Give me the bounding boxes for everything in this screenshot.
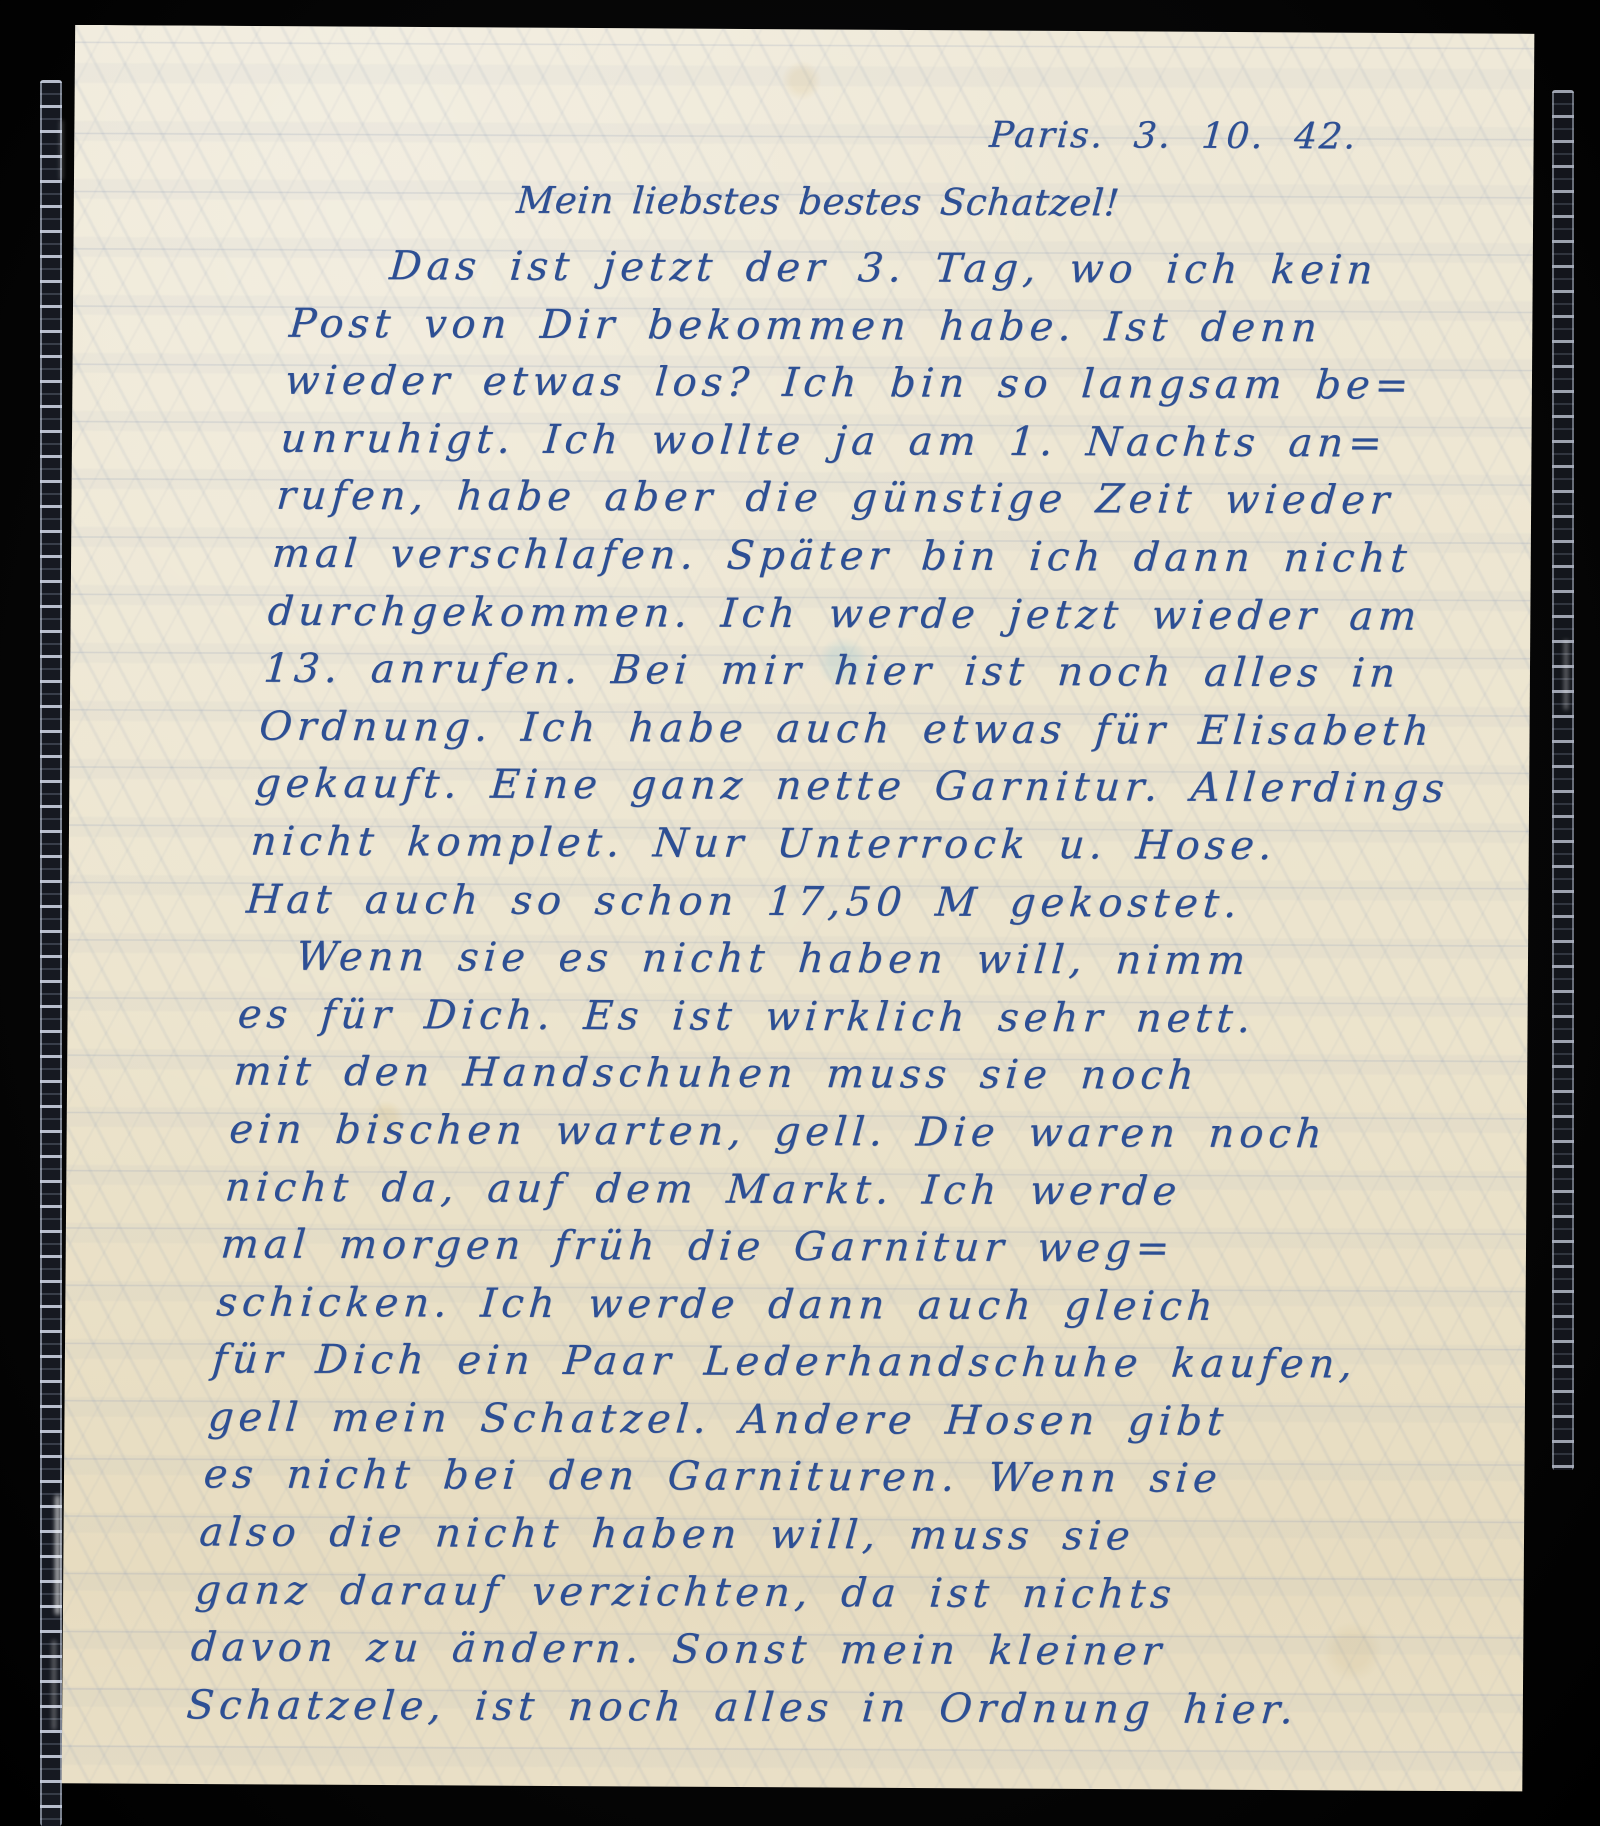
letter-line: durchgekommen. Ich werde jetzt wieder am [84,582,1536,646]
letter-line: mal morgen früh die Garnitur weg= [60,1216,1509,1280]
letter-line: Das ist jetzt der 3. Tag, wo ich kein [109,237,1535,301]
letter-line: wieder etwas los? Ich bin so langsam be= [101,352,1536,416]
scanned-letter-photo: Paris. 3. 10. 42. Mein liebstes bestes S… [0,0,1600,1826]
letter-line: ein bischen warten, gell. Die waren noch [60,1101,1517,1165]
letter-body: Das ist jetzt der 3. Tag, wo ich kein Po… [60,237,1536,1740]
letter-line: Schatzele, ist noch alles in Ordnung hie… [60,1676,1475,1740]
letter-line: unruhigt. Ich wollte ja am 1. Nachts an= [97,410,1536,474]
plastic-reflection [55,1495,60,1615]
letter-line: es für Dich. Es ist wirklich sehr nett. [60,985,1526,1049]
letter-line: mit den Handschuhen muss sie noch [60,1043,1522,1107]
sleeve-binding-right [1552,90,1574,1470]
letter-line: also die nicht haben will, muss sie [60,1504,1487,1568]
letter-line: davon zu ändern. Sonst mein kleiner [60,1619,1479,1683]
letter-paper: Paris. 3. 10. 42. Mein liebstes bestes S… [60,25,1536,1793]
letter-line: Post von Dir bekommen habe. Ist denn [105,295,1536,359]
letter-line: 13. anrufen. Bei mir hier ist noch alles… [79,640,1535,704]
salutation: Mein liebstes bestes Schatzel! [515,179,1121,225]
dateline: Paris. 3. 10. 42. [988,115,1359,158]
letter-line: Wenn sie es nicht haben will, nimm [60,928,1530,992]
letter-text: Paris. 3. 10. 42. Mein liebstes bestes S… [60,25,1536,1793]
letter-line: es nicht bei den Garnituren. Wenn sie [60,1446,1492,1510]
letter-line: gekauft. Eine ganz nette Garnitur. Aller… [71,755,1536,819]
letter-line: nicht da, auf dem Markt. Ich werde [60,1158,1513,1222]
letter-line: schicken. Ich werde dann auch gleich [60,1273,1505,1337]
letter-line: Hat auch so schon 17,50 M gekostet. [62,870,1534,934]
plastic-reflection [52,1640,56,1730]
letter-line: für Dich ein Paar Lederhandschuhe kaufen… [60,1331,1500,1395]
plastic-reflection [1564,640,1568,710]
letter-line: Ordnung. Ich habe auch etwas für Elisabe… [75,698,1536,762]
letter-line: nicht komplet. Nur Unterrock u. Hose. [67,813,1536,877]
letter-line: rufen, habe aber die günstige Zeit wiede… [92,467,1536,531]
plastic-reflection [60,120,63,180]
letter-line: ganz darauf verzichten, da ist nichts [60,1561,1483,1625]
letter-line: gell mein Schatzel. Andere Hosen gibt [60,1389,1496,1453]
letter-line: mal verschlafen. Später bin ich dann nic… [88,525,1536,589]
